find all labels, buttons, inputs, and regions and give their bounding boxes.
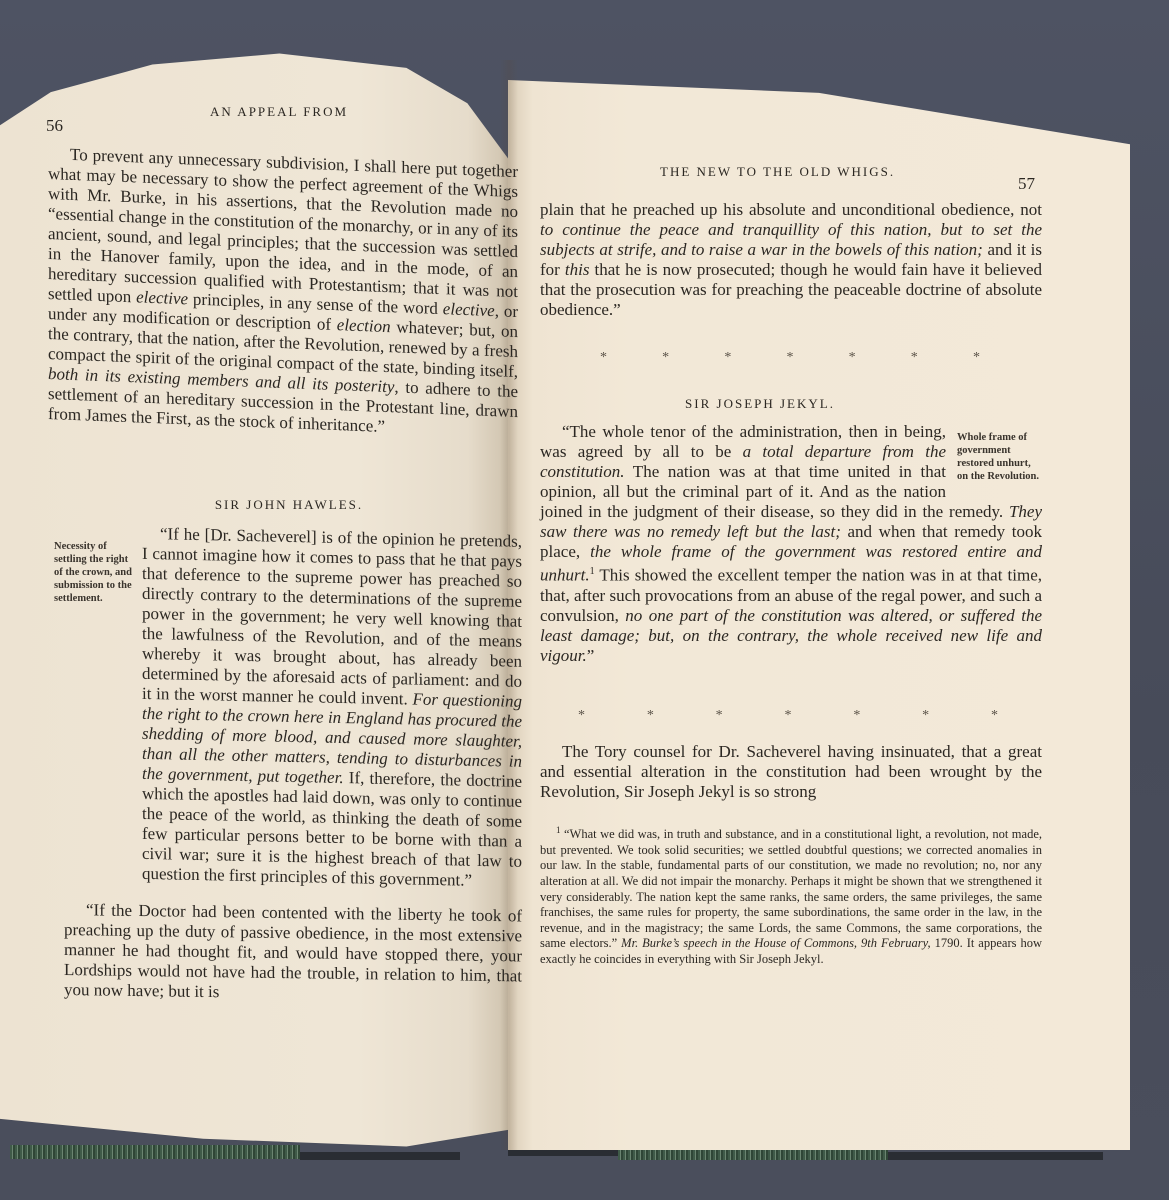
right-page-number: 57 bbox=[1018, 174, 1035, 194]
star: * bbox=[662, 350, 669, 366]
star: * bbox=[600, 350, 607, 366]
star: * bbox=[647, 708, 654, 724]
star: * bbox=[991, 708, 998, 724]
section-divider-stars-2: * * * * * * * bbox=[578, 708, 998, 724]
left-running-head: AN APPEAL FROM bbox=[210, 104, 348, 120]
left-page-number: 56 bbox=[46, 116, 63, 136]
book-board-edge-left bbox=[300, 1152, 460, 1160]
hawles-quote: “If he [Dr. Sacheverel] is of the opinio… bbox=[54, 522, 522, 892]
star: * bbox=[786, 350, 793, 366]
book-cover-edge-left bbox=[10, 1145, 300, 1159]
book-board-edge-right bbox=[888, 1152, 1103, 1160]
section-divider-stars: * * * * * * * bbox=[600, 350, 980, 366]
star: * bbox=[853, 708, 860, 724]
hawles-quote-2: “If the Doctor had been contented with t… bbox=[64, 900, 522, 1006]
star: * bbox=[922, 708, 929, 724]
side-note-spacer bbox=[946, 422, 1042, 500]
footnote: 1 “What we did was, in truth and substan… bbox=[540, 823, 1042, 968]
right-running-head: THE NEW TO THE OLD WHIGS. bbox=[660, 164, 895, 180]
closing-paragraph: The Tory counsel for Dr. Sacheverel havi… bbox=[540, 742, 1042, 802]
right-continuation: plain that he preached up his absolute a… bbox=[540, 200, 1042, 320]
left-opening-paragraph: To prevent any unnecessary subdivision, … bbox=[48, 144, 518, 442]
right-section-heading: SIR JOSEPH JEKYL. bbox=[540, 396, 980, 412]
star: * bbox=[973, 350, 980, 366]
star: * bbox=[911, 350, 918, 366]
star: * bbox=[724, 350, 731, 366]
star: * bbox=[578, 708, 585, 724]
footnote-marker: 1 bbox=[556, 825, 561, 835]
book-cover-edge-right bbox=[618, 1150, 888, 1160]
jekyl-quote: “The whole tenor of the administration, … bbox=[540, 422, 1042, 666]
star: * bbox=[784, 708, 791, 724]
left-section-heading: SIR JOHN HAWLES. bbox=[54, 497, 524, 513]
star: * bbox=[849, 350, 856, 366]
star: * bbox=[716, 708, 723, 724]
